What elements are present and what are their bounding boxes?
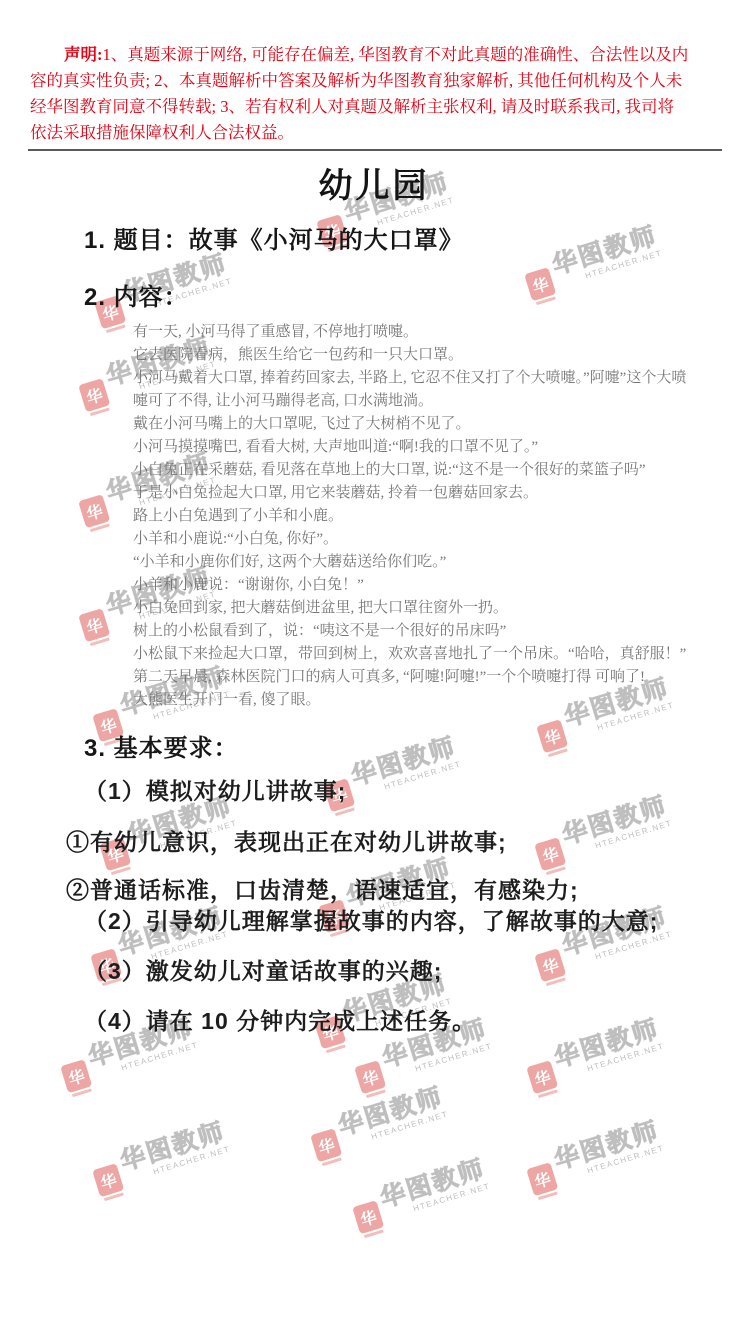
story-paragraph: 小羊和小鹿说：“谢谢你, 小白兔！” [133,574,693,597]
huatu-logo-icon: 华 [92,1163,126,1202]
huatu-logo-icon: 华 [60,1059,94,1098]
watermark-subtext: HTEACHER.NET [356,759,462,799]
watermark: 华华图教师HTEACHER.NET [531,794,676,876]
story-paragraph: 小白兔回到家, 把大蘑菇倒进盆里, 把大口罩往窗外一扔。 [133,597,693,620]
huatu-logo-glyph: 华 [534,948,566,982]
huatu-logo-icon: 华 [536,719,570,758]
huatu-logo-glyph: 华 [78,494,110,528]
divider-rule [28,149,722,151]
watermark-subtext: HTEACHER.NET [385,1181,491,1221]
watermark-text: 华图教师 [378,1157,489,1213]
huatu-logo-glyph: 华 [352,1200,384,1234]
watermark: 华华图教师HTEACHER.NET [307,1085,452,1167]
watermark-text: 华图教师 [552,1119,663,1175]
requirement-item: （4）请在 10 分钟内完成上述任务。 [84,1003,476,1036]
watermark-subtext: HTEACHER.NET [343,1109,449,1149]
disclaimer-line: 声明:1、真题来源于网络, 可能存在偏差, 华图教育不对此真题的准确性、合法性以… [30,42,725,68]
story-paragraph: 小河马摸摸嘴巴, 看看大树, 大声地叫道:“啊!我的口罩不见了。” [133,436,693,459]
watermark-subtext: HTEACHER.NET [93,1040,199,1080]
watermark-logo-sub [363,1230,383,1239]
story-paragraph: “小羊和小鹿你们好, 这两个大蘑菇送给你们吃。” [133,551,693,574]
watermark-logo-sub [105,325,125,334]
watermark-subtext: HTEACHER.NET [559,1143,665,1183]
story-paragraph: 小白兔正在采蘑菇, 看见落在草地上的大口罩, 说:“这不是一个很好的菜篮子吗” [133,459,693,482]
huatu-logo-glyph: 华 [92,1163,124,1197]
story-paragraph: 小河马戴着大口罩, 捧着药回家去, 半路上, 它忍不住又打了个大喷嚏。”阿嚏”这… [133,367,693,413]
watermark: 华华图教师HTEACHER.NET [349,1157,494,1239]
huatu-logo-icon: 华 [526,1162,560,1201]
huatu-logo-icon: 华 [352,1200,386,1239]
huatu-logo-glyph: 华 [526,1060,558,1094]
watermark-logo-sub [321,1158,341,1167]
section-heading-content: 2. 内容： [84,277,189,312]
story-text: 有一天, 小河马得了重感冒, 不停地打喷嚏。它去医院看病，熊医生给它一包药和一只… [133,321,693,712]
huatu-logo-icon: 华 [78,608,112,647]
huatu-logo-glyph: 华 [524,267,556,301]
watermark-text: 华图教师 [550,224,661,280]
requirement-item: ①有幼儿意识，表现出正在对幼儿讲故事; [66,824,507,857]
watermark-text: 华图教师 [560,794,671,850]
disclaimer-line: 容的真实性负责; 2、本真题解析中答案及解析为华图教育独家解析, 其他任何机构及… [30,68,725,94]
document-page: 华华图教师HTEACHER.NET华华图教师HTEACHER.NET华华图教师H… [0,0,748,1335]
section-heading-topic: 1. 题目：故事《小河马的大口罩》 [84,220,464,255]
requirement-item: （2）引导幼儿理解掌握故事的内容，了解故事的大意; [84,903,658,936]
watermark-logo-sub [535,297,555,306]
watermark: 华华图教师HTEACHER.NET [89,1120,234,1202]
watermark-subtext: HTEACHER.NET [559,1041,665,1081]
huatu-logo-icon: 华 [534,837,568,876]
disclaimer: 声明:1、真题来源于网络, 可能存在偏差, 华图教育不对此真题的准确性、合法性以… [30,42,725,146]
huatu-logo-glyph: 华 [526,1162,558,1196]
requirement-item: （3）激发幼儿对童话故事的兴趣; [84,953,442,986]
requirement-item: ②普通话标准，口齿清楚，语速适宜，有感染力; [66,872,579,905]
huatu-logo-glyph: 华 [78,608,110,642]
watermark-text: 华图教师 [552,1017,663,1073]
watermark-logo-sub [365,1090,385,1099]
watermark-logo-sub [89,524,109,533]
watermark-subtext: HTEACHER.NET [387,1041,493,1081]
watermark-logo-sub [545,978,565,987]
huatu-logo-icon: 华 [310,1128,344,1167]
story-paragraph: 大熊医生开门一看, 傻了眼。 [133,689,693,712]
story-paragraph: 有一天, 小河马得了重感冒, 不停地打喷嚏。 [133,321,693,344]
huatu-logo-glyph: 华 [310,1128,342,1162]
story-paragraph: 戴在小河马嘴上的大口罩呢, 飞过了大树梢不见了。 [133,413,693,436]
page-title: 幼儿园 [0,158,748,207]
watermark-logo-sub [334,808,354,817]
huatu-logo-glyph: 华 [354,1060,386,1094]
huatu-logo-icon: 华 [78,494,112,533]
watermark-subtext: HTEACHER.NET [557,248,663,288]
section-heading-requirements: 3. 基本要求： [84,728,239,763]
story-paragraph: 小松鼠下来捡起大口罩，带回到树上，欢欢喜喜地扎了一个吊床。“哈哈，真舒服！” [133,643,693,666]
watermark-logo-sub [89,408,109,417]
story-paragraph: 它去医院看病，熊医生给它一包药和一只大口罩。 [133,344,693,367]
watermark-subtext: HTEACHER.NET [567,818,673,858]
huatu-logo-icon: 华 [78,378,112,417]
story-paragraph: 小羊和小鹿说:“小白兔, 你好”。 [133,528,693,551]
requirement-item: （1）模拟对幼儿讲故事; [84,773,346,806]
watermark-logo-sub [71,1089,91,1098]
watermark-logo-sub [89,638,109,647]
huatu-logo-icon: 华 [524,267,558,306]
huatu-logo-glyph: 华 [60,1059,92,1093]
watermark-text: 华图教师 [118,1120,229,1176]
huatu-logo-icon: 华 [354,1060,388,1099]
story-paragraph: 第二天早晨, 森林医院门口的病人可真多, “阿嚏!阿嚏!”一个个喷嚏打得 可响了… [133,666,693,689]
watermark-logo-sub [103,1193,123,1202]
watermark-logo-sub [537,1090,557,1099]
disclaimer-line-text: 1、真题来源于网络, 可能存在偏差, 华图教育不对此真题的准确性、合法性以及内 [103,45,689,64]
disclaimer-line: 经华图教育同意不得转载; 3、若有权利人对真题及解析主张权利, 请及时联系我司,… [30,94,725,120]
huatu-logo-glyph: 华 [78,378,110,412]
watermark: 华华图教师HTEACHER.NET [523,1119,668,1201]
watermark-text: 华图教师 [349,735,460,791]
disclaimer-lead: 声明: [64,45,103,64]
story-paragraph: 树上的小松鼠看到了，说：“咦这不是一个很好的吊床吗” [133,620,693,643]
story-paragraph: 路上小白兔遇到了小羊和小鹿。 [133,505,693,528]
huatu-logo-icon: 华 [534,948,568,987]
huatu-logo-icon: 华 [526,1060,560,1099]
watermark-text: 华图教师 [336,1085,447,1141]
watermark-logo-sub [537,1192,557,1201]
watermark-logo-sub [547,749,567,758]
disclaimer-line: 依法采取措施保障权利人合法权益。 [30,120,725,146]
story-paragraph: 于是小白兔捡起大口罩, 用它来装蘑菇, 拎着一包蘑菇回家去。 [133,482,693,505]
watermark: 华华图教师HTEACHER.NET [521,224,666,306]
huatu-logo-glyph: 华 [534,837,566,871]
watermark-subtext: HTEACHER.NET [125,1144,231,1184]
watermark: 华华图教师HTEACHER.NET [523,1017,668,1099]
watermark-logo-sub [325,1045,345,1054]
huatu-logo-glyph: 华 [536,719,568,753]
